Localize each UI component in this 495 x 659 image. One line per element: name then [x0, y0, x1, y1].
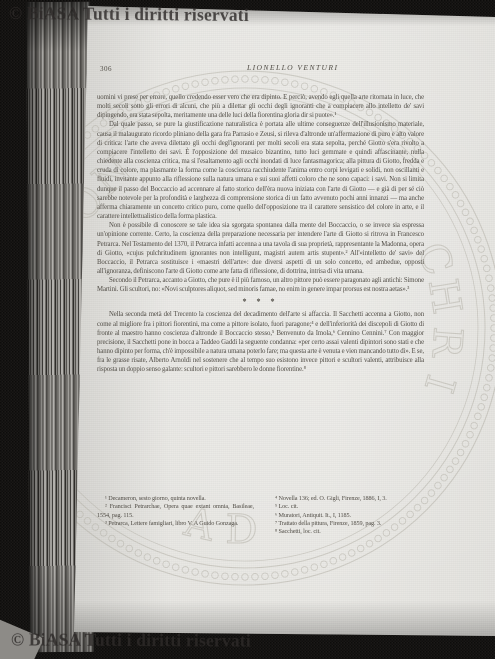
- svg-text:R: R: [422, 325, 470, 360]
- footnotes-right-column: ⁴ Novella 136; ed. O. Gigli, Firenze, 18…: [267, 495, 424, 536]
- page-header: 306 LIONELLO VENTURI: [97, 60, 424, 76]
- page-number: 306: [100, 65, 112, 73]
- svg-text:H: H: [419, 276, 470, 318]
- printed-content: 306 LIONELLO VENTURI uomini vi prese per…: [97, 60, 424, 620]
- body-paragraph: uomini vi prese per errore, quello crede…: [97, 93, 424, 120]
- body-paragraph: Dal quale passo, se pure la giustificazi…: [97, 120, 424, 221]
- body-text: uomini vi prese per errore, quello crede…: [97, 93, 424, 375]
- footnote: ⁷ Trattato della pittura, Firenze, 1859,…: [267, 520, 424, 528]
- body-paragraph: Secondo il Petrarca, accanto a Giotto, c…: [97, 276, 424, 294]
- section-separator: * * *: [97, 297, 424, 306]
- footnote: ⁵ Loc. cit.: [267, 503, 424, 511]
- copyright-watermark-bottom: © BiASA Tutti i diritti riservati: [11, 629, 251, 651]
- copyright-watermark-top: © BiASA Tutti i diritti riservati: [9, 3, 249, 26]
- footnote: ² Francisci Petrarchae, Opera quae extan…: [97, 503, 254, 520]
- footnote: ⁴ Novella 136; ed. O. Gigli, Firenze, 18…: [267, 495, 424, 503]
- footnote: ³ Petrarca, Lettere famigliari, libro V.…: [97, 520, 254, 528]
- scanned-book-photo: ES·CONCHRIAD 306 LIONELLO VENTURI uomini…: [0, 0, 495, 659]
- body-paragraph: Non è possibile di conoscere se tale ide…: [97, 221, 424, 276]
- footnote: ⁶ Muratori, Antiquit. It., I, 1185.: [267, 512, 424, 520]
- body-paragraph: Nella seconda metà del Trecento la cosci…: [97, 310, 424, 374]
- body-section-1: uomini vi prese per errore, quello crede…: [97, 93, 424, 294]
- footnotes-left-column: ¹ Decameron, sesto giorno, quinta novell…: [97, 495, 254, 536]
- footnote: ¹ Decameron, sesto giorno, quinta novell…: [97, 495, 254, 503]
- body-section-2: Nella seconda metà del Trecento la cosci…: [97, 310, 424, 374]
- footnote: ⁸ Sacchetti, loc. cit.: [267, 528, 424, 536]
- footnotes: ¹ Decameron, sesto giorno, quinta novell…: [97, 495, 424, 536]
- running-title: LIONELLO VENTURI: [247, 63, 338, 72]
